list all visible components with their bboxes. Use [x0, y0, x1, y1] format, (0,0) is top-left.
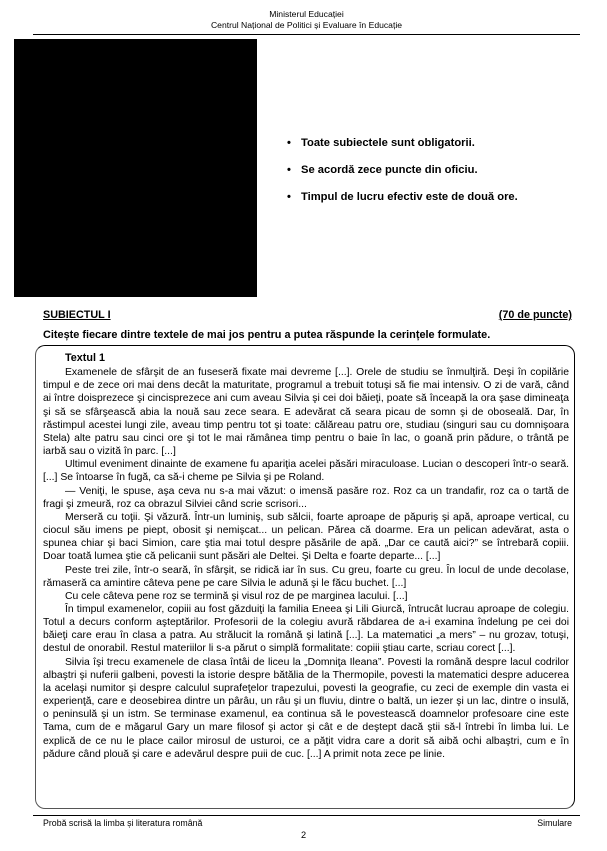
header-center: Centrul Național de Politici și Evaluare…: [33, 20, 580, 31]
paragraph: Cu cele câteva pene roz se termină şi vi…: [43, 590, 569, 603]
subject-points: (70 de puncte): [499, 309, 572, 321]
paragraph: Silvia îşi trecu examenele de clasa întâ…: [43, 656, 569, 761]
page-footer: Probă scrisă la limba și literatura româ…: [43, 818, 572, 828]
paragraph: — Veniţi, le spuse, aşa ceva nu s-a mai …: [43, 485, 569, 511]
rule-item: •Toate subiectele sunt obligatorii.: [287, 137, 518, 164]
redacted-area: [14, 39, 257, 297]
text1-content: Textul 1 Examenele de sfârşit de an fuse…: [43, 352, 569, 761]
subject-instruction: Citește fiecare dintre textele de mai jo…: [43, 329, 583, 341]
rule-item: •Timpul de lucru efectiv este de două or…: [287, 191, 518, 218]
text1-title: Textul 1: [43, 352, 569, 365]
subject-heading: SUBIECTUL I (70 de puncte): [43, 309, 572, 321]
bullet-icon: •: [287, 164, 301, 176]
subject-title: SUBIECTUL I: [43, 309, 111, 321]
header-divider: [33, 34, 580, 35]
bullet-icon: •: [287, 191, 301, 203]
rule-item: •Se acordă zece puncte din oficiu.: [287, 164, 518, 191]
paragraph: Merseră cu toţii. Şi văzură. Într-un lum…: [43, 511, 569, 564]
paragraph: Ultimul eveniment dinainte de examene fu…: [43, 458, 569, 484]
paragraph: Peste trei zile, într-o seară, în sfârşi…: [43, 564, 569, 590]
exam-rules-list: •Toate subiectele sunt obligatorii. •Se …: [287, 137, 518, 218]
page-number: 2: [0, 830, 607, 840]
bullet-icon: •: [287, 137, 301, 149]
paragraph: Examenele de sfârşit de an fuseseră fixa…: [43, 366, 569, 458]
footer-exam-name: Probă scrisă la limba și literatura româ…: [43, 818, 202, 828]
paragraph: În timpul examenelor, copiii au fost găz…: [43, 603, 569, 656]
footer-session: Simulare: [537, 818, 572, 828]
footer-divider: [33, 815, 580, 816]
page-header: Ministerul Educației Centrul Național de…: [33, 9, 580, 30]
header-ministry: Ministerul Educației: [33, 9, 580, 20]
